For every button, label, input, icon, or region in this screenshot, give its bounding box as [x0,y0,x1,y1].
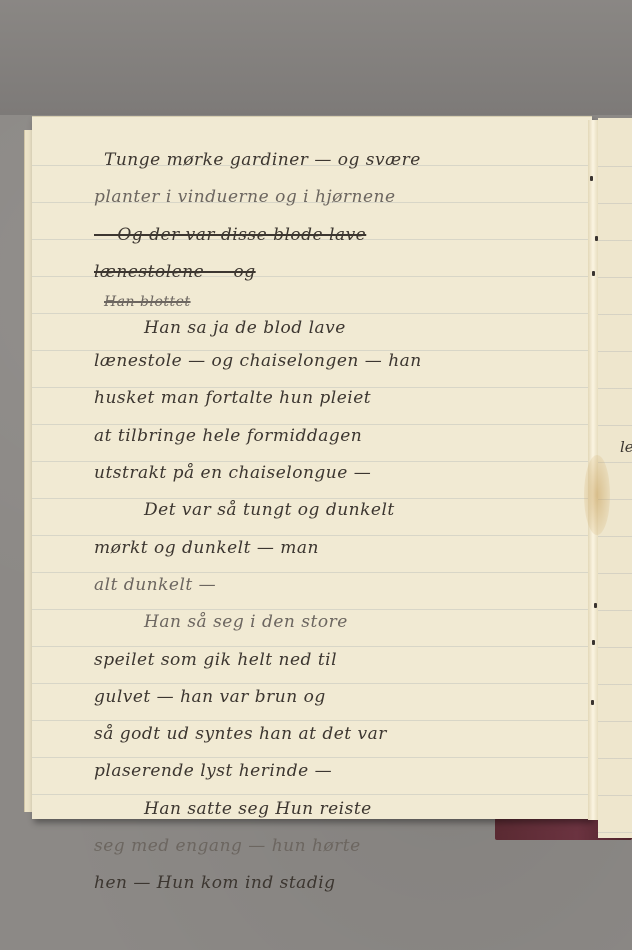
right-page-text-fragment: le [620,438,632,456]
text-line: lænestole — og chaiselongen — han [94,343,524,380]
text-line: så godt ud syntes han at det var [94,716,524,753]
text-line: Tunge mørke gardiner — og svære [104,142,524,179]
binding-stitch [592,640,595,645]
text-line: mørkt og dunkelt — man [94,530,524,567]
text-line: Han sa ja de blod lave [104,313,524,343]
text-line: speilet som gik helt ned til [94,642,524,679]
text-line: Han satte seg Hun reiste [104,791,524,828]
text-line: utstrakt på en chaiselongue — [94,455,524,492]
text-line: Det var så tungt og dunkelt [104,492,524,529]
text-line-struck: Han blottet [104,291,524,313]
binding-stitch [594,603,597,608]
binding-stitch [591,700,594,705]
backdrop [0,0,632,115]
text-line: alt dunkelt — [94,567,524,604]
binding-stitch [592,271,595,276]
binding-stitch [590,176,593,181]
text-line: plaserende lyst herinde — [94,753,524,790]
text-line: husket man fortalte hun pleiet [94,380,524,417]
binding-stitch [595,236,598,241]
text-line: hen — Hun kom ind stadig [94,865,524,902]
handwritten-text: Tunge mørke gardiner — og svære planter … [104,142,524,903]
text-line: seg med engang — hun hørte [94,828,524,865]
text-line: planter i vinduerne og i hjørnene [94,179,524,216]
text-line: at tilbringe hele formiddagen [94,418,524,455]
text-line-struck: lænestolene — og [94,254,524,291]
water-stain [584,455,610,535]
text-line: Han så seg i den store [104,604,524,641]
text-line-struck: — Og der var disse blode lave [94,217,524,254]
text-line: gulvet — han var brun og [94,679,524,716]
